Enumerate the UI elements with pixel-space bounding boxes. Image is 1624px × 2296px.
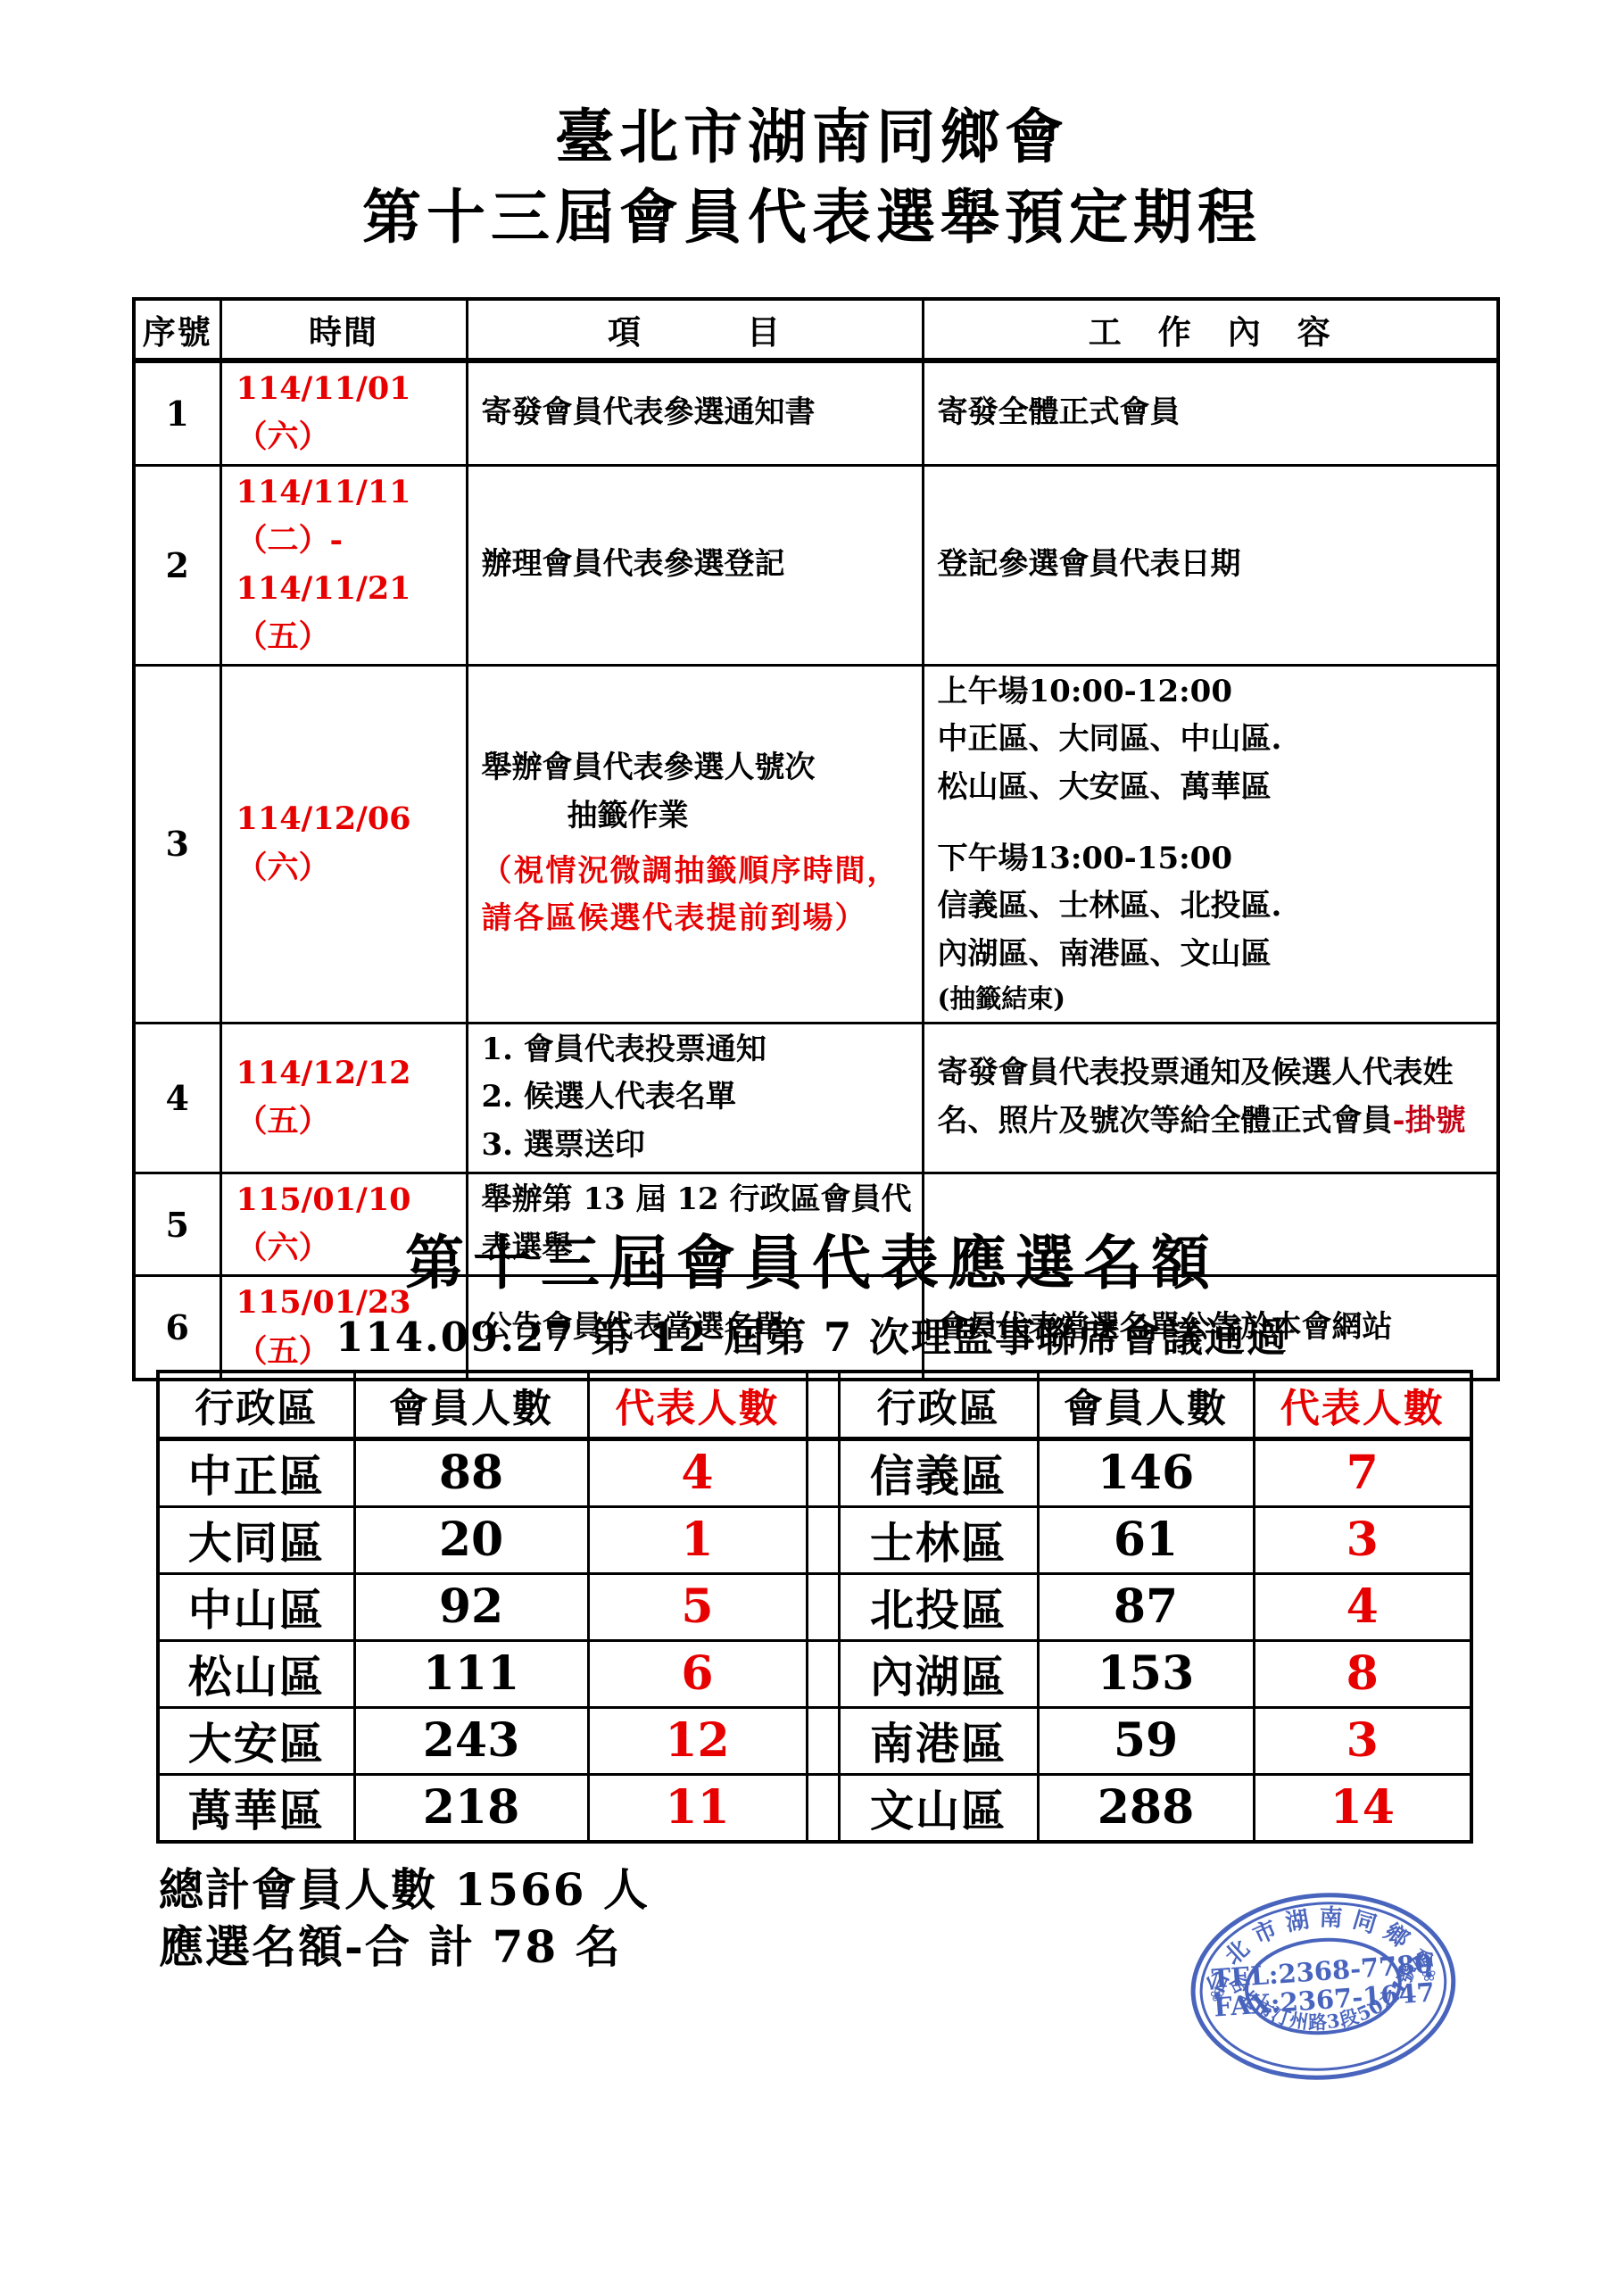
quota-row-6: 萬華區 218 11 文山區 288 14: [158, 1774, 1471, 1842]
row2-item: 辦理會員代表參選登記: [467, 465, 923, 665]
spacer-cell: [807, 1372, 839, 1438]
quota-row-4: 松山區 111 6 內湖區 153 8: [158, 1640, 1471, 1707]
row2-date-line2: 114/11/21（五）: [236, 565, 466, 662]
member-count: 92: [354, 1573, 588, 1640]
total-quota-line: 應選名額-合 計 78 名: [159, 1919, 650, 1976]
district-name: 中正區: [158, 1438, 354, 1506]
district-name: 士林區: [839, 1506, 1038, 1573]
schedule-row-4: 4 114/12/12（五） 1. 會員代表投票通知 2. 候選人代表名單 3.…: [134, 1023, 1498, 1173]
row4-date: 114/12/12（五）: [220, 1023, 467, 1173]
quota-header-row: 行政區 會員人數 代表人數 行政區 會員人數 代表人數: [158, 1372, 1471, 1438]
member-count: 146: [1038, 1438, 1254, 1506]
rep-count: 3: [1254, 1506, 1471, 1573]
quota-section-subtitle: 114.09.27 第 12 屆第 7 次理監事聯席會議通過: [0, 1305, 1624, 1363]
district-name: 內湖區: [839, 1640, 1038, 1707]
quota-header-district-left: 行政區: [158, 1372, 354, 1438]
member-count: 88: [354, 1438, 588, 1506]
row3-item-line1: 舉辦會員代表參選人號次: [482, 744, 915, 792]
rep-count: 5: [588, 1573, 807, 1640]
rep-count: 1: [588, 1506, 807, 1573]
district-name: 萬華區: [158, 1774, 354, 1842]
quota-table: 行政區 會員人數 代表人數 行政區 會員人數 代表人數 中正區 88 4 信義區…: [156, 1370, 1473, 1844]
district-name: 中山區: [158, 1573, 354, 1640]
member-count: 288: [1038, 1774, 1254, 1842]
flower-icon: ❀: [1209, 1984, 1225, 2006]
member-count: 243: [354, 1707, 588, 1774]
rep-count: 4: [1254, 1573, 1471, 1640]
header-item: 項 目: [467, 299, 923, 361]
row4-work-red-text: -掛號: [1393, 1103, 1466, 1139]
document-title: 臺北市湖南同鄉會 第十三屆會員代表選舉預定期程: [0, 96, 1624, 257]
row4-item: 1. 會員代表投票通知 2. 候選人代表名單 3. 選票送印: [467, 1023, 923, 1173]
scanned-document-page: 臺北市湖南同鄉會 第十三屆會員代表選舉預定期程 序號 時間 項 目 工 作 內 …: [0, 0, 1624, 2296]
row3-work-line6: 內湖區、南港區、文山區: [938, 931, 1490, 979]
spacer-cell: [807, 1640, 839, 1707]
document-title-line1: 臺北市湖南同鄉會: [0, 96, 1624, 177]
total-members-line: 總計會員人數 1566 人: [159, 1861, 650, 1919]
district-name: 信義區: [839, 1438, 1038, 1506]
quota-row-1: 中正區 88 4 信義區 146 7: [158, 1438, 1471, 1506]
rep-count: 3: [1254, 1707, 1471, 1774]
row2-work: 登記參選會員代表日期: [923, 465, 1498, 665]
row3-no: 3: [134, 665, 220, 1023]
member-count: 59: [1038, 1707, 1254, 1774]
row4-item-line2: 2. 候選人代表名單: [482, 1073, 915, 1122]
spacer-cell: [807, 1774, 839, 1842]
rep-count: 14: [1254, 1774, 1471, 1842]
row1-work: 寄發全體正式會員: [923, 361, 1498, 465]
row2-no: 2: [134, 465, 220, 665]
spacer-cell: [807, 1438, 839, 1506]
schedule-row-3: 3 114/12/06（六） 舉辦會員代表參選人號次 抽籤作業 （視情況微調抽籤…: [134, 665, 1498, 1023]
schedule-row-2: 2 114/11/11（二）- 114/11/21（五） 辦理會員代表參選登記 …: [134, 465, 1498, 665]
row3-work-line7: (抽籤結束): [938, 979, 1490, 1020]
rep-count: 6: [588, 1640, 807, 1707]
row3-work-line1: 上午場10:00-12:00: [938, 668, 1490, 717]
row3-work-line4: 下午場13:00-15:00: [938, 835, 1490, 883]
row3-date: 114/12/06（六）: [220, 665, 467, 1023]
member-count: 218: [354, 1774, 588, 1842]
row3-item: 舉辦會員代表參選人號次 抽籤作業 （視情況微調抽籤順序時間，請各區候選代表提前到…: [467, 665, 923, 1023]
row2-date: 114/11/11（二）- 114/11/21（五）: [220, 465, 467, 665]
quota-header-members-left: 會員人數: [354, 1372, 588, 1438]
district-name: 北投區: [839, 1573, 1038, 1640]
flower-icon: ❀: [1421, 1963, 1437, 1985]
district-name: 文山區: [839, 1774, 1038, 1842]
quota-header-district-right: 行政區: [839, 1372, 1038, 1438]
row3-item-line2: 抽籤作業: [482, 792, 915, 841]
row2-date-line1: 114/11/11（二）-: [236, 468, 466, 566]
row3-item-red-note: （視情況微調抽籤順序時間，請各區候選代表提前到場）: [482, 848, 915, 943]
row4-no: 4: [134, 1023, 220, 1173]
member-count: 153: [1038, 1640, 1254, 1707]
schedule-header-row: 序號 時間 項 目 工 作 內 容: [134, 299, 1498, 361]
row4-work-black-text: 寄發會員代表投票通知及候選人代表姓名、照片及號次等給全體正式會員: [938, 1055, 1454, 1139]
member-count: 61: [1038, 1506, 1254, 1573]
rep-count: 12: [588, 1707, 807, 1774]
member-count: 20: [354, 1506, 588, 1573]
row3-work-line2: 中正區、大同區、中山區.: [938, 716, 1490, 764]
quota-header-members-right: 會員人數: [1038, 1372, 1254, 1438]
row4-item-line3: 3. 選票送印: [482, 1122, 915, 1170]
row4-work: 寄發會員代表投票通知及候選人代表姓名、照片及號次等給全體正式會員-掛號: [923, 1023, 1498, 1173]
row3-work-line3: 松山區、大安區、萬華區: [938, 764, 1490, 812]
district-name: 南港區: [839, 1707, 1038, 1774]
quota-row-2: 大同區 20 1 士林區 61 3: [158, 1506, 1471, 1573]
rep-count: 4: [588, 1438, 807, 1506]
quota-header-reps-left: 代表人數: [588, 1372, 807, 1438]
rep-count: 11: [588, 1774, 807, 1842]
row1-date: 114/11/01（六）: [220, 361, 467, 465]
member-count: 87: [1038, 1573, 1254, 1640]
district-name: 大同區: [158, 1506, 354, 1573]
spacer-cell: [807, 1506, 839, 1573]
row1-no: 1: [134, 361, 220, 465]
member-count: 111: [354, 1640, 588, 1707]
spacer-cell: [807, 1707, 839, 1774]
quota-row-3: 中山區 92 5 北投區 87 4: [158, 1573, 1471, 1640]
quota-header-reps-right: 代表人數: [1254, 1372, 1471, 1438]
spacer-cell: [807, 1573, 839, 1640]
document-title-line2: 第十三屆會員代表選舉預定期程: [0, 177, 1624, 257]
rep-count: 7: [1254, 1438, 1471, 1506]
row3-work-line5: 信義區、士林區、北投區.: [938, 883, 1490, 931]
district-name: 松山區: [158, 1640, 354, 1707]
row4-item-line1: 1. 會員代表投票通知: [482, 1026, 915, 1074]
rep-count: 8: [1254, 1640, 1471, 1707]
row3-work: 上午場10:00-12:00 中正區、大同區、中山區. 松山區、大安區、萬華區 …: [923, 665, 1498, 1023]
district-name: 大安區: [158, 1707, 354, 1774]
header-time: 時間: [220, 299, 467, 361]
header-no: 序號: [134, 299, 220, 361]
row1-item: 寄發會員代表參選通知書: [467, 361, 923, 465]
header-work: 工 作 內 容: [923, 299, 1498, 361]
totals-block: 總計會員人數 1566 人 應選名額-合 計 78 名: [159, 1861, 650, 1976]
association-stamp: 台北市湖南同鄉會 台北市汀州路3段50之1號 TEL:2368-7780 FAX…: [1183, 1879, 1464, 2095]
quota-row-5: 大安區 243 12 南港區 59 3: [158, 1707, 1471, 1774]
quota-section-title: 第十三屆會員代表應選名額: [0, 1215, 1624, 1300]
schedule-row-1: 1 114/11/01（六） 寄發會員代表參選通知書 寄發全體正式會員: [134, 361, 1498, 465]
